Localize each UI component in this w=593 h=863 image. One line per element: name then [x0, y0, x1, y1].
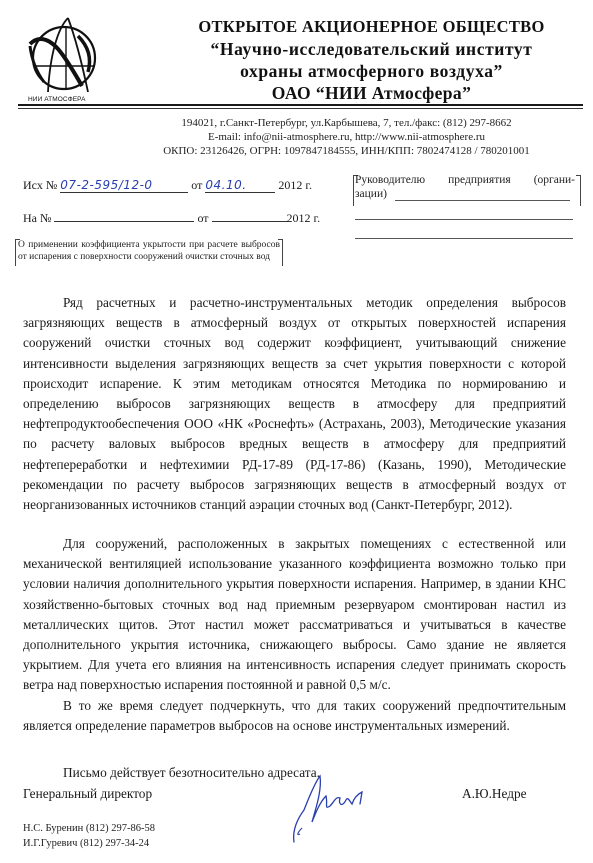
org-registry-codes: ОКПО: 23126426, ОГРН: 1097847184555, ИНН… [100, 145, 593, 157]
signatory-title: Генеральный директор [23, 786, 152, 802]
incoming-label: На № [23, 211, 51, 225]
org-short-name: ОАО “НИИ Атмосфера” [150, 83, 593, 104]
body-paragraph-1: Ряд расчетных и расчетно-инструментальны… [23, 293, 566, 515]
contact-person-1: Н.С. Буренин (812) 297-86-58 [23, 823, 155, 834]
company-logo [22, 14, 102, 100]
addressee-blank-line-2 [355, 219, 573, 220]
atmosphere-globe-icon [22, 14, 102, 100]
signatory-name: А.Ю.Недре [462, 786, 527, 802]
incoming-number [54, 208, 194, 222]
org-name-line-1: “Научно-исследовательский институт [150, 39, 593, 60]
addressee-blank-line-1 [395, 200, 570, 201]
incoming-year: 2012 г. [287, 211, 321, 225]
header-divider-thin [18, 108, 583, 109]
body-paragraph-2: Для сооружений, расположенных в закрытых… [23, 534, 566, 696]
org-type: ОТКРЫТОЕ АКЦИОНЕРНОЕ ОБЩЕСТВО [150, 17, 593, 37]
addressee: Руководителю предприятия (органи- зации) [355, 173, 575, 201]
logo-caption: НИИ АТМОСФЕРА [28, 96, 86, 103]
org-email-web: E-mail: info@nii-atmosphere.ru, http://w… [100, 131, 593, 143]
incoming-date [212, 208, 287, 222]
addressee-line-2: зации) [355, 187, 575, 201]
contact-person-2: И.Г.Гуревич (812) 297-34-24 [23, 838, 149, 849]
incoming-date-label: от [197, 211, 208, 225]
addressee-bracket-right [576, 175, 581, 206]
addressee-blank-line-3 [355, 238, 573, 239]
header-divider [18, 104, 583, 106]
outgoing-reference: Исх № 07-2-595/12-0 от 04.10. 2012 г. [23, 178, 312, 193]
handwritten-signature [290, 770, 375, 845]
outgoing-year: 2012 г. [278, 178, 312, 192]
body-paragraph-3: В то же время следует подчеркнуть, что д… [23, 696, 566, 736]
incoming-reference: На № от 2012 г. [23, 208, 320, 226]
outgoing-label: Исх № [23, 178, 57, 192]
signature-icon [290, 770, 375, 845]
addressee-line-1: Руководителю предприятия (органи- [355, 173, 575, 187]
outgoing-date-label: от [191, 178, 202, 192]
outgoing-number: 07-2-595/12-0 [60, 178, 188, 193]
org-name-line-2: охраны атмосферного воздуха” [150, 61, 593, 82]
org-address: 194021, г.Санкт-Петербург, ул.Карбышева,… [100, 117, 593, 129]
letter-subject: О применении коэффициента укрытости при … [18, 240, 280, 263]
outgoing-date: 04.10. [205, 178, 275, 193]
